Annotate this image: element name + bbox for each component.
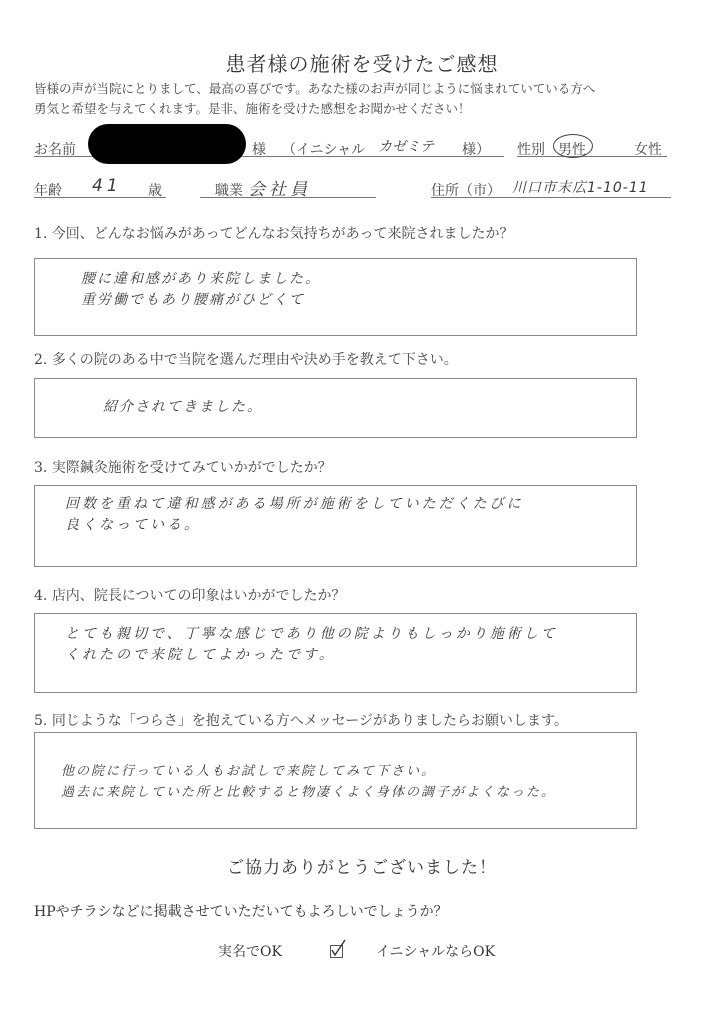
intro-text: 皆様の声が当院にとりまして、最高の喜びです。あなた様のお声が同じように悩まれてい… bbox=[34, 79, 694, 119]
intro-line-2: 勇気と希望を与えてくれます。是非、施術を受けた感想をお聞かせください！ bbox=[34, 99, 694, 119]
thanks-message: ご協力ありがとうございました！ bbox=[0, 853, 724, 878]
question-4-text: 4. 店内、院長についての印象はいかがでしたか？ bbox=[34, 585, 346, 605]
checkmark-icon bbox=[329, 938, 349, 958]
age-value[interactable]: 41 bbox=[92, 176, 122, 196]
address-value[interactable]: 川口市末広1-10-11 bbox=[512, 177, 649, 197]
answer-box-4[interactable]: とても親切で、丁寧な感じであり他の院よりもしっかり施術して くれたので来院してよ… bbox=[34, 613, 637, 693]
answer-box-2[interactable]: 紹介されてきました。 bbox=[34, 378, 637, 438]
gender-selected-circle bbox=[553, 134, 593, 158]
gender-option-female[interactable]: 女性 bbox=[634, 139, 662, 159]
initial-open-label: （イニシャル bbox=[282, 139, 365, 159]
answer-box-1[interactable]: 腰に違和感があり来院しました。 重労働でもあり腰痛がひどくて bbox=[34, 258, 637, 336]
question-5-text: 5. 同じような「つらさ」を抱えている方へメッセージがありましたらお願いします。 bbox=[34, 710, 568, 730]
answer-4-text: とても親切で、丁寧な感じであり他の院よりもしっかり施術して くれたので来院してよ… bbox=[65, 624, 558, 666]
initial-close-label: 様） bbox=[462, 139, 490, 159]
answer-2-text: 紹介されてきました。 bbox=[103, 397, 263, 418]
initial-value[interactable]: カゼミテ bbox=[378, 136, 434, 156]
form-title: 患者様の施術を受けたご感想 bbox=[0, 48, 724, 77]
sama-label: 様 bbox=[252, 139, 266, 159]
address-underline bbox=[431, 197, 671, 198]
age-underline bbox=[34, 197, 166, 198]
answer-3-text: 回数を重ねて違和感がある場所が施術をしていただくたびに 良くなっている。 bbox=[65, 494, 524, 536]
answer-box-5[interactable]: 他の院に行っている人もお試しで来院してみて下さい。 過去に来院していた所と比較す… bbox=[34, 732, 637, 829]
question-2-text: 2. 多くの院のある中で当院を選んだ理由や決め手を教えて下さい。 bbox=[34, 349, 458, 369]
name-redaction bbox=[88, 124, 246, 164]
question-1-text: 1. 今回、どんなお悩みがあってどんなお気持ちがあって来院されましたか？ bbox=[34, 223, 514, 243]
publish-question: HPやチラシなどに掲載させていただいてもよろしいでしょうか？ bbox=[34, 901, 448, 921]
intro-line-1: 皆様の声が当院にとりまして、最高の喜びです。あなた様のお声が同じように悩まれてい… bbox=[34, 79, 694, 99]
question-3-text: 3. 実際鍼灸施術を受けてみていかがでしたか？ bbox=[34, 457, 332, 477]
answer-5-text: 他の院に行っている人もお試しで来院してみて下さい。 過去に来院していた所と比較す… bbox=[61, 761, 556, 803]
option-real-name-label: 実名でOK bbox=[218, 941, 282, 961]
answer-box-3[interactable]: 回数を重ねて違和感がある場所が施術をしていただくたびに 良くなっている。 bbox=[34, 485, 637, 567]
option-initial-checkbox[interactable] bbox=[330, 945, 343, 958]
job-underline bbox=[200, 197, 376, 198]
answer-1-text: 腰に違和感があり来院しました。 重労働でもあり腰痛がひどくて bbox=[81, 269, 321, 311]
option-initial-label: イニシャルならOK bbox=[376, 941, 495, 961]
